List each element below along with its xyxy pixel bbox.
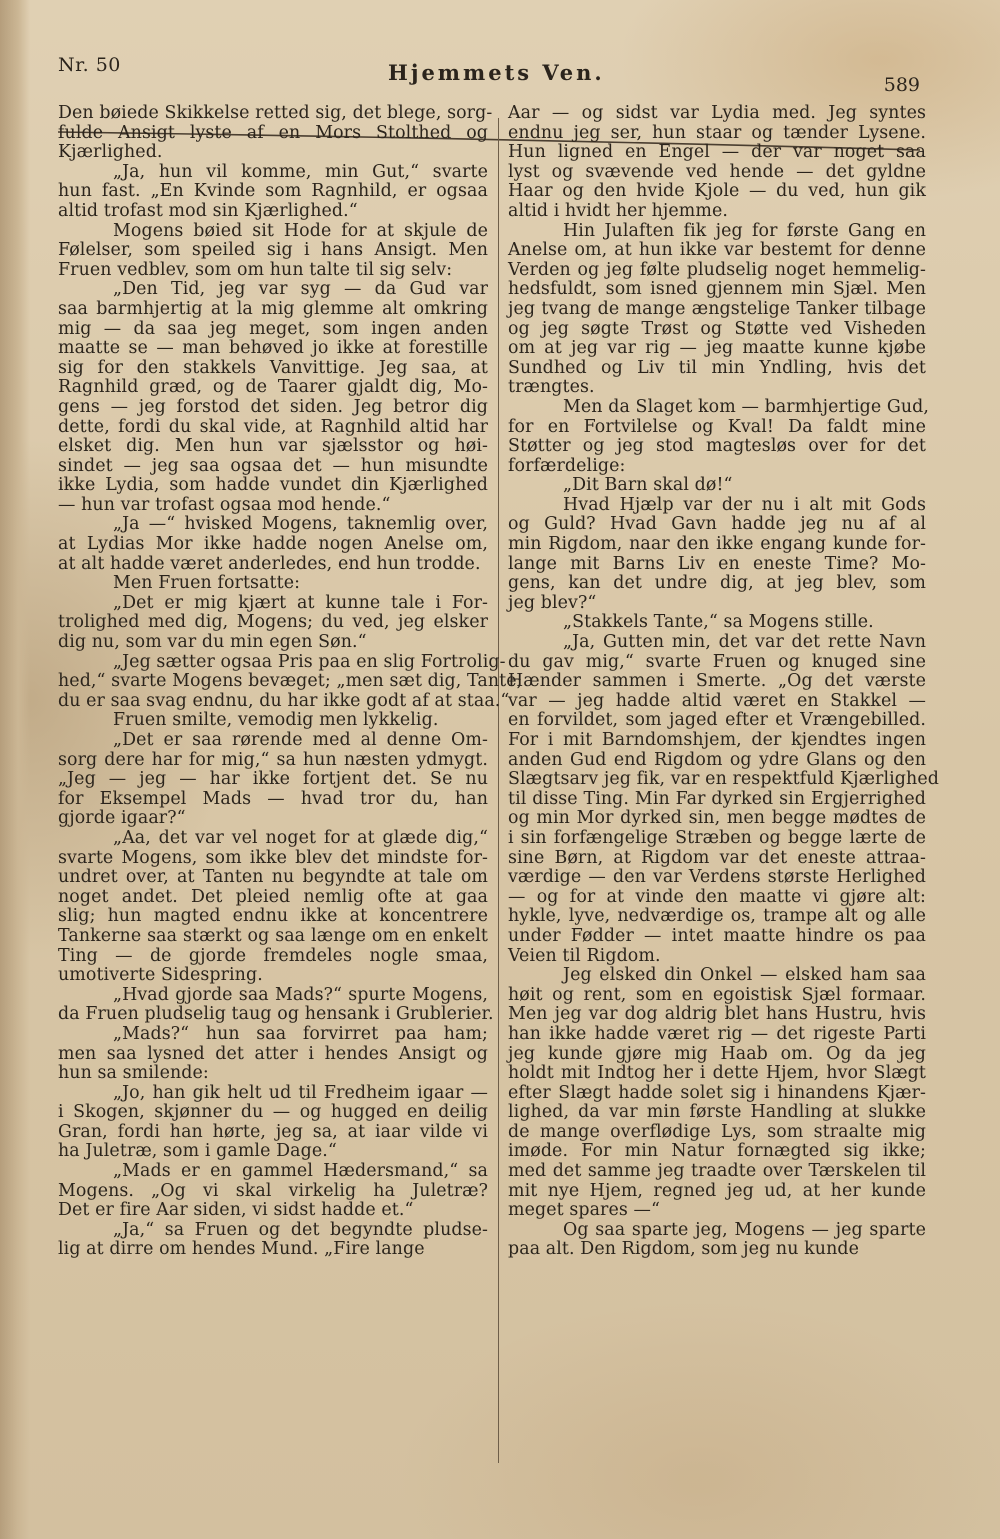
paragraph: Hin Julaften fik jeg for første Gang enA… xyxy=(508,222,926,398)
text-line: Anelse om, at hun ikke var bestemt for d… xyxy=(508,241,926,261)
paragraph: Og saa sparte jeg, Mogens — jeg spartepa… xyxy=(508,1221,926,1260)
text-line: svarte Mogens, som ikke blev det mindste… xyxy=(58,849,488,869)
text-line: „Jeg sætter ogsaa Pris paa en slig Fortr… xyxy=(58,653,488,673)
text-line: dette, fordi du skal vide, at Ragnhild a… xyxy=(58,418,488,438)
page-header: Nr. 50 Hjemmets Ven. 589 xyxy=(58,50,920,100)
text-line: anden Gud end Rigdom og ydre Glans og de… xyxy=(508,751,926,771)
text-line: i sin forfængelige Stræben og begge lært… xyxy=(508,829,926,849)
paragraph: „Jeg sætter ogsaa Pris paa en slig Fortr… xyxy=(58,653,488,712)
text-line: imøde. For min Natur fornægted sig ikke; xyxy=(508,1142,926,1162)
text-line: og jeg søgte Trøst og Støtte ved Vishede… xyxy=(508,320,926,340)
text-line: du gav mig,“ svarte Fruen og knuged sine xyxy=(508,653,926,673)
text-line: „Hvad gjorde saa Mads?“ spurte Mogens, xyxy=(58,986,488,1006)
text-line: Hin Julaften fik jeg for første Gang en xyxy=(508,222,926,242)
text-line: men saa lysned det atter i hendes Ansigt… xyxy=(58,1045,488,1065)
text-line: han ikke hadde været rig — det rigeste P… xyxy=(508,1025,926,1045)
paragraph: Aar — og sidst var Lydia med. Jeg syntes… xyxy=(508,104,926,222)
text-line: du er saa svag endnu, du har ikke godt a… xyxy=(58,692,488,712)
text-line: „Det er saa rørende med al denne Om- xyxy=(58,731,488,751)
text-line: Fruen vedblev, som om hun talte til sig … xyxy=(58,261,488,281)
text-line: „Ja,“ sa Fruen og det begyndte pludse- xyxy=(58,1221,488,1241)
text-line: saa barmhjertig at la mig glemme alt omk… xyxy=(58,300,488,320)
text-line: fulde Ansigt lyste af en Mors Stolthed o… xyxy=(58,124,488,144)
paragraph: „Den Tid, jeg var syg — da Gud varsaa ba… xyxy=(58,280,488,515)
text-line: hed,“ svarte Mogens bevæget; „men sæt di… xyxy=(58,672,488,692)
text-line: jeg tvang de mange ængstelige Tanker til… xyxy=(508,300,926,320)
text-line: jeg blev?“ xyxy=(508,594,926,614)
text-line: gens, kan det undre dig, at jeg blev, so… xyxy=(508,574,926,594)
text-line: en forvildet, som jaged efter et Vrængeb… xyxy=(508,711,926,731)
paragraph: „Ja, hun vil komme, min Gut,“ svartehun … xyxy=(58,163,488,222)
text-line: Ragnhild græd, og de Taarer gjaldt dig, … xyxy=(58,378,488,398)
text-line: trolighed med dig, Mogens; du ved, jeg e… xyxy=(58,613,488,633)
paragraph: „Stakkels Tante,“ sa Mogens stille. xyxy=(508,613,926,633)
text-line: Verden og jeg følte pludselig noget hemm… xyxy=(508,261,926,281)
text-line: Haar og den hvide Kjole — du ved, hun gi… xyxy=(508,182,926,202)
text-line: gens — jeg forstod det siden. Jeg betror… xyxy=(58,398,488,418)
text-line: „Den Tid, jeg var syg — da Gud var xyxy=(58,280,488,300)
text-line: trængtes. xyxy=(508,378,926,398)
text-line: — hun var trofast ogsaa mod hende.“ xyxy=(58,496,488,516)
text-line: maatte se — man behøved jo ikke at fores… xyxy=(58,339,488,359)
text-line: Slægtsarv jeg fik, var en respektfuld Kj… xyxy=(508,770,926,790)
text-line: „Ja —“ hvisked Mogens, taknemlig over, xyxy=(58,515,488,535)
paragraph: „Mads er en gammel Hædersmand,“ saMogens… xyxy=(58,1162,488,1221)
publication-title: Hjemmets Ven. xyxy=(388,60,605,85)
text-line: at Lydias Mor ikke hadde nogen Anelse om… xyxy=(58,535,488,555)
paragraph: Jeg elsked din Onkel — elsked ham saahøi… xyxy=(508,966,926,1221)
text-line: Mogens. „Og vi skal virkelig ha Juletræ? xyxy=(58,1182,488,1202)
text-line: sine Børn, at Rigdom var det eneste attr… xyxy=(508,849,926,869)
text-line: at alt hadde været anderledes, end hun t… xyxy=(58,555,488,575)
paragraph: „Dit Barn skal dø!“ xyxy=(508,476,926,496)
text-line: Ting — de gjorde fremdeles nogle smaa, xyxy=(58,947,488,967)
text-line: Mogens bøied sit Hode for at skjule de xyxy=(58,222,488,242)
text-line: „Dit Barn skal dø!“ xyxy=(508,476,926,496)
text-line: Veien til Rigdom. xyxy=(508,947,926,967)
paragraph: Den bøiede Skikkelse retted sig, det ble… xyxy=(58,104,488,163)
text-line: de mange overflødige Lys, som straalte m… xyxy=(508,1123,926,1143)
text-line: „Stakkels Tante,“ sa Mogens stille. xyxy=(508,613,926,633)
text-line: meget spares —“ xyxy=(508,1201,926,1221)
text-line: Kjærlighed. xyxy=(58,143,488,163)
text-line: dig nu, som var du min egen Søn.“ xyxy=(58,633,488,653)
text-line: om at jeg var rig — jeg maatte kunne kjø… xyxy=(508,339,926,359)
text-line: altid trofast mod sin Kjærlighed.“ xyxy=(58,202,488,222)
text-line: holdt mit Indtog her i dette Hjem, hvor … xyxy=(508,1064,926,1084)
text-line: Og saa sparte jeg, Mogens — jeg sparte xyxy=(508,1221,926,1241)
text-line: høit og rent, som en egoistisk Sjæl form… xyxy=(508,986,926,1006)
text-line: elsket dig. Men hun var sjælsstor og høi… xyxy=(58,437,488,457)
paragraph: Fruen smilte, vemodig men lykkelig. xyxy=(58,711,488,731)
text-line: noget andet. Det pleied nemlig ofte at g… xyxy=(58,888,488,908)
paragraph: „Det er mig kjært at kunne tale i For-tr… xyxy=(58,594,488,653)
text-line: Det er fire Aar siden, vi sidst hadde et… xyxy=(58,1201,488,1221)
paragraph: „Ja, Gutten min, det var det rette Navnd… xyxy=(508,633,926,966)
text-line: hun sa smilende: xyxy=(58,1064,488,1084)
text-line: til disse Ting. Min Far dyrked sin Ergje… xyxy=(508,790,926,810)
text-line: Tankerne saa stærkt og saa længe om en e… xyxy=(58,927,488,947)
text-line: Aar — og sidst var Lydia med. Jeg syntes xyxy=(508,104,926,124)
text-line: med det samme jeg traadte over Tærskelen… xyxy=(508,1162,926,1182)
paragraph: „Mads?“ hun saa forvirret paa ham;men sa… xyxy=(58,1025,488,1084)
paragraph: Hvad Hjælp var der nu i alt mit Godsog G… xyxy=(508,496,926,614)
paragraph: „Ja,“ sa Fruen og det begyndte pludse-li… xyxy=(58,1221,488,1260)
text-line: da Fruen pludselig taug og hensank i Gru… xyxy=(58,1005,488,1025)
text-line: Følelser, som speiled sig i hans Ansigt.… xyxy=(58,241,488,261)
page-binding-edge xyxy=(0,0,30,1539)
text-line: „Mads er en gammel Hædersmand,“ sa xyxy=(58,1162,488,1182)
text-line: gjorde igaar?“ xyxy=(58,809,488,829)
text-line: jeg kunde gjøre mig Haab om. Og da jeg xyxy=(508,1045,926,1065)
text-line: sig for den stakkels Vanvittige. Jeg saa… xyxy=(58,359,488,379)
text-line: og Guld? Hvad Gavn hadde jeg nu af al xyxy=(508,515,926,535)
text-line: For i mit Barndomshjem, der kjendtes ing… xyxy=(508,731,926,751)
text-line: Men jeg var dog aldrig blet hans Hustru,… xyxy=(508,1005,926,1025)
text-line: Jeg elsked din Onkel — elsked ham saa xyxy=(508,966,926,986)
text-line: efter Slægt hadde solet sig i hinandens … xyxy=(508,1084,926,1104)
paragraph: „Hvad gjorde saa Mads?“ spurte Mogens,da… xyxy=(58,986,488,1025)
text-line: endnu jeg ser, hun staar og tænder Lysen… xyxy=(508,124,926,144)
text-line: „Det er mig kjært at kunne tale i For- xyxy=(58,594,488,614)
text-line: lighed, da var min første Handling at sl… xyxy=(508,1103,926,1123)
text-line: Men da Slaget kom — barmhjertige Gud, xyxy=(508,398,926,418)
paragraph: „Aa, det var vel noget for at glæde dig,… xyxy=(58,829,488,986)
text-line: værdige — den var Verdens største Herlig… xyxy=(508,868,926,888)
text-line: sorg dere har for mig,“ sa hun næsten yd… xyxy=(58,751,488,771)
text-line: „Aa, det var vel noget for at glæde dig,… xyxy=(58,829,488,849)
text-column-left: Den bøiede Skikkelse retted sig, det ble… xyxy=(58,104,488,1260)
paragraph: „Ja —“ hvisked Mogens, taknemlig over,at… xyxy=(58,515,488,574)
paragraph: „Jo, han gik helt ud til Fredheim igaar … xyxy=(58,1084,488,1162)
text-line: Fruen smilte, vemodig men lykkelig. xyxy=(58,711,488,731)
text-line: umotiverte Sidespring. xyxy=(58,966,488,986)
text-line: lange mit Barns Liv en eneste Time? Mo- xyxy=(508,555,926,575)
text-line: lig at dirre om hendes Mund. „Fire lange xyxy=(58,1240,488,1260)
text-line: „Ja, hun vil komme, min Gut,“ svarte xyxy=(58,163,488,183)
text-line: hykle, lyve, nedværdige os, trampe alt o… xyxy=(508,907,926,927)
text-line: — og for at vinde den maatte vi gjøre al… xyxy=(508,888,926,908)
text-line: Hvad Hjælp var der nu i alt mit Gods xyxy=(508,496,926,516)
text-line: under Fødder — intet maatte hindre os pa… xyxy=(508,927,926,947)
text-line: paa alt. Den Rigdom, som jeg nu kunde xyxy=(508,1240,926,1260)
text-line: min Rigdom, naar den ikke engang kunde f… xyxy=(508,535,926,555)
text-line: forfærdelige: xyxy=(508,457,926,477)
text-line: Hun ligned en Engel — der var noget saa xyxy=(508,143,926,163)
text-line: for en Fortvilelse og Kval! Da faldt min… xyxy=(508,418,926,438)
column-divider xyxy=(498,118,499,1463)
text-column-right: Aar — og sidst var Lydia med. Jeg syntes… xyxy=(508,104,926,1260)
text-line: sindet — jeg saa ogsaa det — hun misundt… xyxy=(58,457,488,477)
text-line: „Mads?“ hun saa forvirret paa ham; xyxy=(58,1025,488,1045)
text-line: var — jeg hadde altid været en Stakkel — xyxy=(508,692,926,712)
text-line: Hænder sammen i Smerte. „Og det værste xyxy=(508,672,926,692)
paragraph: Mogens bøied sit Hode for at skjule deFø… xyxy=(58,222,488,281)
paragraph: Men Fruen fortsatte: xyxy=(58,574,488,594)
text-line: undret over, at Tanten nu begyndte at ta… xyxy=(58,868,488,888)
text-line: for Eksempel Mads — hvad tror du, han xyxy=(58,790,488,810)
text-line: „Jo, han gik helt ud til Fredheim igaar … xyxy=(58,1084,488,1104)
page-number: 589 xyxy=(884,74,920,96)
text-line: og min Mor dyrked sin, men begge mødtes … xyxy=(508,809,926,829)
text-line: Gran, fordi han hørte, jeg sa, at iaar v… xyxy=(58,1123,488,1143)
text-line: ikke Lydia, som hadde vundet din Kjærlig… xyxy=(58,476,488,496)
text-line: altid i hvidt her hjemme. xyxy=(508,202,926,222)
text-line: Men Fruen fortsatte: xyxy=(58,574,488,594)
text-line: slig; hun magted endnu ikke at koncentre… xyxy=(58,907,488,927)
text-line: lyst og svævende ved hende — det gyldne xyxy=(508,163,926,183)
text-line: hedsfuldt, som isned gjennem min Sjæl. M… xyxy=(508,280,926,300)
text-line: mit nye Hjem, regned jeg ud, at her kund… xyxy=(508,1182,926,1202)
text-line: Sundhed og Liv til min Yndling, hvis det xyxy=(508,359,926,379)
text-line: „Jeg — jeg — har ikke fortjent det. Se n… xyxy=(58,770,488,790)
text-line: Den bøiede Skikkelse retted sig, det ble… xyxy=(58,104,488,124)
text-line: mig — da saa jeg meget, som ingen anden xyxy=(58,320,488,340)
text-line: ha Juletræ, som i gamle Dage.“ xyxy=(58,1142,488,1162)
text-line: i Skogen, skjønner du — og hugged en dei… xyxy=(58,1103,488,1123)
text-line: hun fast. „En Kvinde som Ragnhild, er og… xyxy=(58,182,488,202)
paragraph: „Det er saa rørende med al denne Om-sorg… xyxy=(58,731,488,829)
text-line: Støtter og jeg stod magtesløs over for d… xyxy=(508,437,926,457)
text-line: „Ja, Gutten min, det var det rette Navn xyxy=(508,633,926,653)
issue-number: Nr. 50 xyxy=(58,54,121,76)
paragraph: Men da Slaget kom — barmhjertige Gud,for… xyxy=(508,398,926,476)
